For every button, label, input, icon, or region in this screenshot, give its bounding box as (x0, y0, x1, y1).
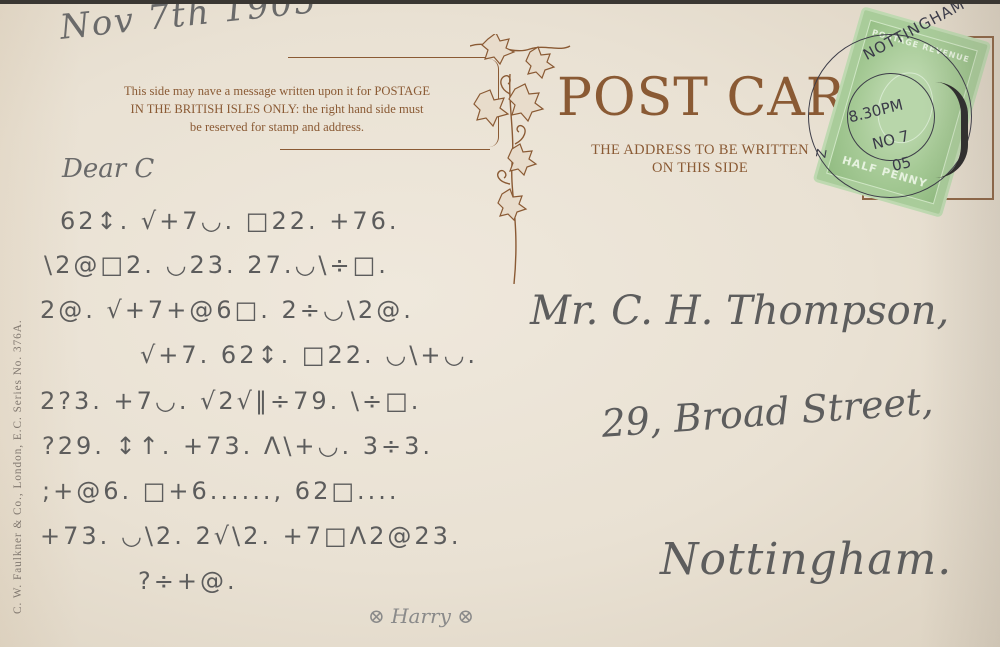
address-instruction-line-1: THE ADDRESS TO BE WRITTEN (560, 141, 840, 159)
handwritten-date: Nov 7th 1905 (58, 4, 320, 48)
notice-rule-bottom (280, 149, 490, 150)
cipher-line: ;+@6. □+6......, 62□.... (42, 477, 400, 505)
cipher-line: ?÷+@. (138, 567, 238, 595)
address-instruction-line-2: ON THIS SIDE (560, 159, 840, 177)
notice-line-1: This side may nave a message written upo… (62, 82, 492, 100)
address-street: 29, Broad Street, (600, 379, 935, 446)
address-city: Nottingham. (660, 534, 952, 585)
notice-rule-top (288, 57, 488, 58)
cipher-line: \2@□2. ◡23. 27.◡\÷□. (44, 251, 389, 279)
message-greeting: Dear C (62, 154, 154, 184)
postcard: Nov 7th 1905 This side may nave a messag… (0, 4, 1000, 647)
cipher-line: 2?3. +7◡. √2√‖÷79. \÷□. (40, 387, 421, 415)
printed-notice: This side may nave a message written upo… (62, 82, 492, 136)
address-recipient: Mr. C. H. Thompson, (530, 288, 949, 334)
cipher-line: 2@. √+7+@6□. 2÷◡\2@. (40, 296, 414, 324)
cipher-line: 62↕. √+7◡. □22. +76. (60, 207, 400, 235)
cipher-line: √+7. 62↕. □22. ◡\+◡. (140, 341, 478, 369)
cipher-line: +73. ◡\2. 2√\2. +7□Λ2@23. (40, 522, 462, 550)
cipher-line: ?29. ↕↑. +73. Λ\+◡. 3÷3. (42, 432, 433, 460)
notice-line-3: be reserved for stamp and address. (62, 118, 492, 136)
notice-line-2: IN THE BRITISH ISLES ONLY: the right han… (62, 100, 492, 118)
address-instruction: THE ADDRESS TO BE WRITTEN ON THIS SIDE (560, 141, 840, 177)
signature: ⊗ Harry ⊗ (368, 604, 474, 628)
publisher-imprint: C. W. Faulkner & Co., London, E.C. Serie… (12, 319, 24, 614)
